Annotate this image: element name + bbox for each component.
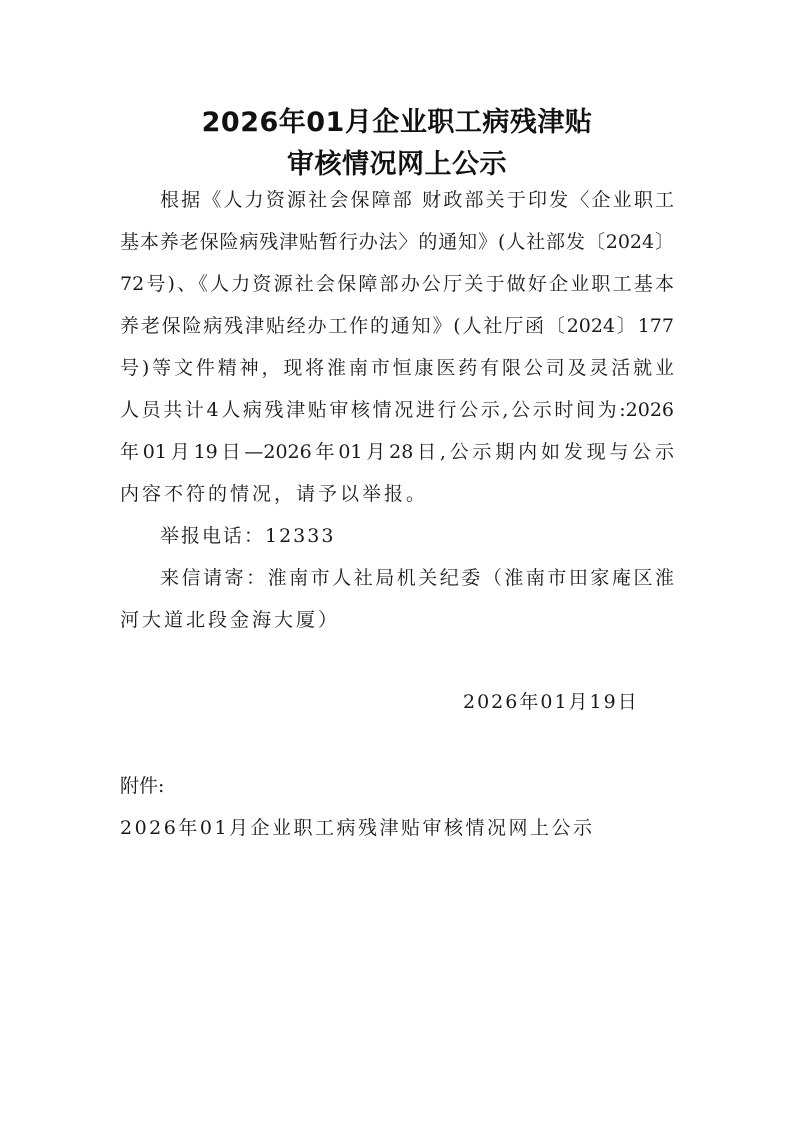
paragraph-line-4: 养老保险病残津贴经办工作的通知》(人社厅函〔2024〕177 <box>120 313 674 339</box>
paragraph-line-2: 基本养老保险病残津贴暂行办法〉的通知》(人社部发〔2024〕 <box>120 229 674 255</box>
attachment-label: 附件: <box>120 773 164 799</box>
paragraph-line-5: 号)等文件精神，现将淮南市恒康医药有限公司及灵活就业 <box>120 355 674 381</box>
paragraph-line-7: 年01月19日—2026年01月28日,公示期内如发现与公示 <box>120 439 674 465</box>
paragraph-line-1: 根据《人力资源社会保障部 财政部关于印发〈企业职工 <box>160 187 674 213</box>
document-title-line-2: 审核情况网上公示 <box>0 142 794 181</box>
report-phone: 举报电话：12333 <box>160 523 335 549</box>
paragraph-line-6: 人员共计4人病残津贴审核情况进行公示,公示时间为:2026 <box>120 397 674 423</box>
mail-address-line-1: 来信请寄：淮南市人社局机关纪委（淮南市田家庵区淮 <box>160 565 674 591</box>
attachment-title: 2026年01月企业职工病残津贴审核情况网上公示 <box>120 815 595 841</box>
paragraph-line-3: 72号)、《人力资源社会保障部办公厅关于做好企业职工基本 <box>120 271 674 297</box>
mail-address-line-2: 河大道北段金海大厦） <box>120 607 340 633</box>
document-title-line-1: 2026年01月企业职工病残津贴 <box>0 100 794 139</box>
paragraph-line-8: 内容不符的情况，请予以举报。 <box>120 481 428 507</box>
signature-date: 2026年01月19日 <box>463 689 639 715</box>
